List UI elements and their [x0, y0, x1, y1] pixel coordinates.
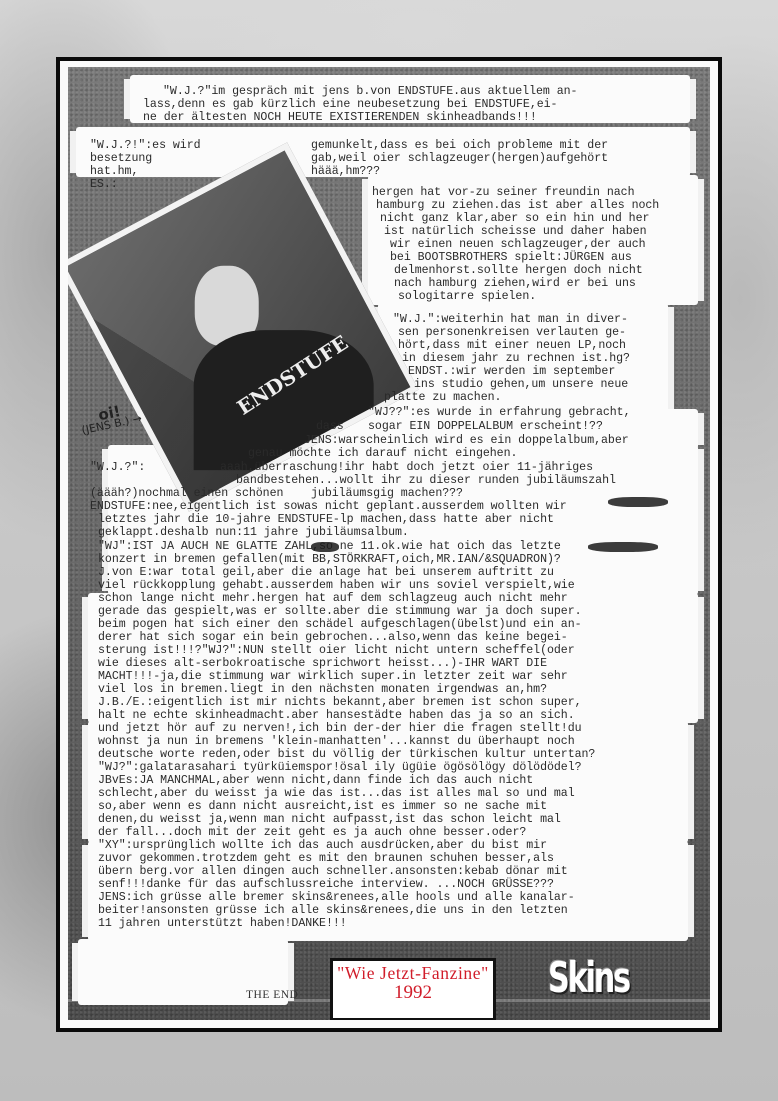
text-line: deutsche worte reden,oder bist du völlig…	[98, 748, 595, 762]
text-line: derer hat sich sogar ein bein gebrochen.…	[98, 631, 568, 645]
text-line: JBvEs:JA MANCHMAL,aber wenn nicht,dann f…	[98, 774, 533, 788]
text-line: ins studio gehen,um unsere neue	[414, 378, 628, 392]
text-line: ist natürlich scheisse und daher haben	[384, 225, 646, 239]
skins-logo: Skins	[548, 953, 629, 1002]
text-line: ENDST.:wir werden im september	[408, 365, 615, 379]
text-line: gemunkelt,dass es bei oich probleme mit …	[311, 139, 608, 153]
text-line: schlecht,aber du weisst ja wie das ist..…	[98, 787, 575, 801]
text-line: ES.:	[90, 178, 118, 192]
stamp-title: "Wie Jetzt-Fanzine"	[333, 964, 493, 983]
text-line: "WJ??":es wurde in erfahrung gebracht,	[368, 406, 630, 420]
text-line: in diesem jahr zu rechnen ist.hg?	[402, 352, 630, 366]
text-line: platte zu machen.	[384, 391, 501, 405]
text-line: wie dieses alt-serbokroatische sprichwor…	[98, 657, 547, 671]
text-line: häää,hm???	[311, 165, 380, 179]
text-line: sen personenkreisen verlauten ge-	[398, 326, 626, 340]
text-line: wohnst ja nun in bremens 'klein-manhatte…	[98, 735, 575, 749]
text-line: J.B./E.:eigentlich ist mir nichts bekann…	[98, 696, 582, 710]
text-line: und jetzt hör auf zu nerven!,ich bin der…	[98, 722, 582, 736]
page-frame: ENDSTUFE oi! (JENS B.) → "W.J.?"im gespr…	[56, 57, 722, 1032]
text-line: 11 jahren unterstützt haben!DANKE!!!	[98, 917, 347, 931]
text-line: sterung ist!!!?"WJ?":NUN stellt oier lic…	[98, 644, 575, 658]
fanzine-stamp: "Wie Jetzt-Fanzine" 1992	[330, 958, 496, 1020]
text-line: bandbestehen...wollt ihr zu dieser runde…	[236, 474, 616, 488]
text-line: beim pogen hat sich einer den schädel au…	[98, 618, 582, 632]
zine-page: ENDSTUFE oi! (JENS B.) → "W.J.?"im gespr…	[68, 67, 710, 1020]
text-line: "W.J.?"im gespräch mit jens b.von ENDSTU…	[163, 85, 577, 99]
text-line: besetzung	[90, 152, 152, 166]
text-line: JENS:ich grüsse alle bremer skins&renees…	[98, 891, 575, 905]
text-line: gerade das gespielt,was er sollte.aber d…	[98, 605, 582, 619]
text-line: lass,denn es gab kürzlich eine neubesetz…	[143, 98, 557, 112]
text-line: hamburg zu ziehen.das ist aber alles noc…	[376, 199, 659, 213]
text-line: "WJ?":galatarasahari tyürküiemspor!ösal …	[98, 761, 582, 775]
text-line: konzert in bremen gefallen(mit BB,STÖRKR…	[98, 553, 561, 567]
text-line: sogar EIN DOPPELALBUM erscheint!??	[368, 420, 603, 434]
text-line: wir einen neuen schlagzeuger,der auch	[390, 238, 646, 252]
text-line: jubiläumsgig machen???	[311, 487, 463, 501]
text-line: MACHT!!!-ja,die stimmung war wirklich su…	[98, 670, 568, 684]
text-line: geklappt.deshalb nun:11 jahre jubiläumsa…	[98, 526, 409, 540]
text-line: (äääh?)nochmal einen schönen	[90, 487, 283, 501]
text-line: ENDSTUFE:nee,eigentlich ist sowas nicht …	[90, 500, 567, 514]
the-end-label: THE END	[246, 989, 298, 1001]
text-line: "W.J.":weiterhin hat man in diver-	[393, 313, 628, 327]
text-line: übern berg.vor allen dingen auch schnell…	[98, 865, 568, 879]
photo-caption: oi! (JENS B.) →	[78, 401, 143, 437]
stamp-year: 1992	[333, 983, 493, 1003]
text-line: sologitarre spielen.	[398, 290, 536, 304]
text-line: dass	[316, 420, 344, 434]
text-line: aaah,überraschung!ihr habt doch jetzt oi…	[220, 461, 593, 475]
text-line: hört,dass mit einer neuen LP,noch	[398, 339, 626, 353]
text-line: hergen hat vor-zu seiner freundin nach	[372, 186, 634, 200]
text-line: nach hamburg ziehen,wird er bei uns	[394, 277, 636, 291]
text-line: der fall...doch mit der zeit geht es ja …	[98, 826, 526, 840]
text-line: schon lange nicht mehr.hergen hat auf de…	[98, 592, 568, 606]
ink-smudge	[311, 542, 339, 552]
text-line: "W.J.?!":es wird	[90, 139, 201, 153]
text-line: halt ne echte skinheadmacht.aber hansest…	[98, 709, 575, 723]
ink-smudge	[608, 497, 668, 507]
text-line: zuvor gekommen.trotzdem geht es mit den …	[98, 852, 554, 866]
ink-smudge	[588, 542, 658, 552]
text-line: beiter!ansonsten grüsse ich alle skins&r…	[98, 904, 568, 918]
text-line: hat.hm,	[90, 165, 138, 179]
text-line: JENS:warscheinlich wird es ein doppelalb…	[304, 434, 629, 448]
text-line: denen,du weisst ja,wenn man nicht aufpas…	[98, 813, 561, 827]
text-line: "W.J.?":	[90, 461, 145, 475]
text-line: letztes jahr die 10-jahre ENDSTUFE-lp ma…	[98, 513, 554, 527]
text-line: senf!!!danke für das aufschlussreiche in…	[98, 878, 554, 892]
text-line: viel rückkopplung gehabt.ausserdem haben…	[98, 579, 575, 593]
text-line: nicht ganz klar,aber so ein hin und her	[380, 212, 649, 226]
text-line: viel los in bremen.liegt in den nächsten…	[98, 683, 547, 697]
text-line: ne der ältesten NOCH HEUTE EXISTIERENDEN…	[143, 111, 537, 125]
text-line: gab,weil oier schlagzeuger(hergen)aufgeh…	[311, 152, 608, 166]
text-line: J.von E:war total geil,aber die anlage h…	[98, 566, 554, 580]
text-line: genau möchte ich darauf nicht eingehen.	[248, 447, 517, 461]
text-line: bei BOOTSBROTHERS spielt:JÜRGEN aus	[390, 251, 632, 265]
text-line: delmenhorst.sollte hergen doch nicht	[394, 264, 643, 278]
text-line: so,aber wenn es dann nicht ausreicht,ist…	[98, 800, 547, 814]
text-line: "XY":ursprünglich wollte ich das auch au…	[98, 839, 547, 853]
